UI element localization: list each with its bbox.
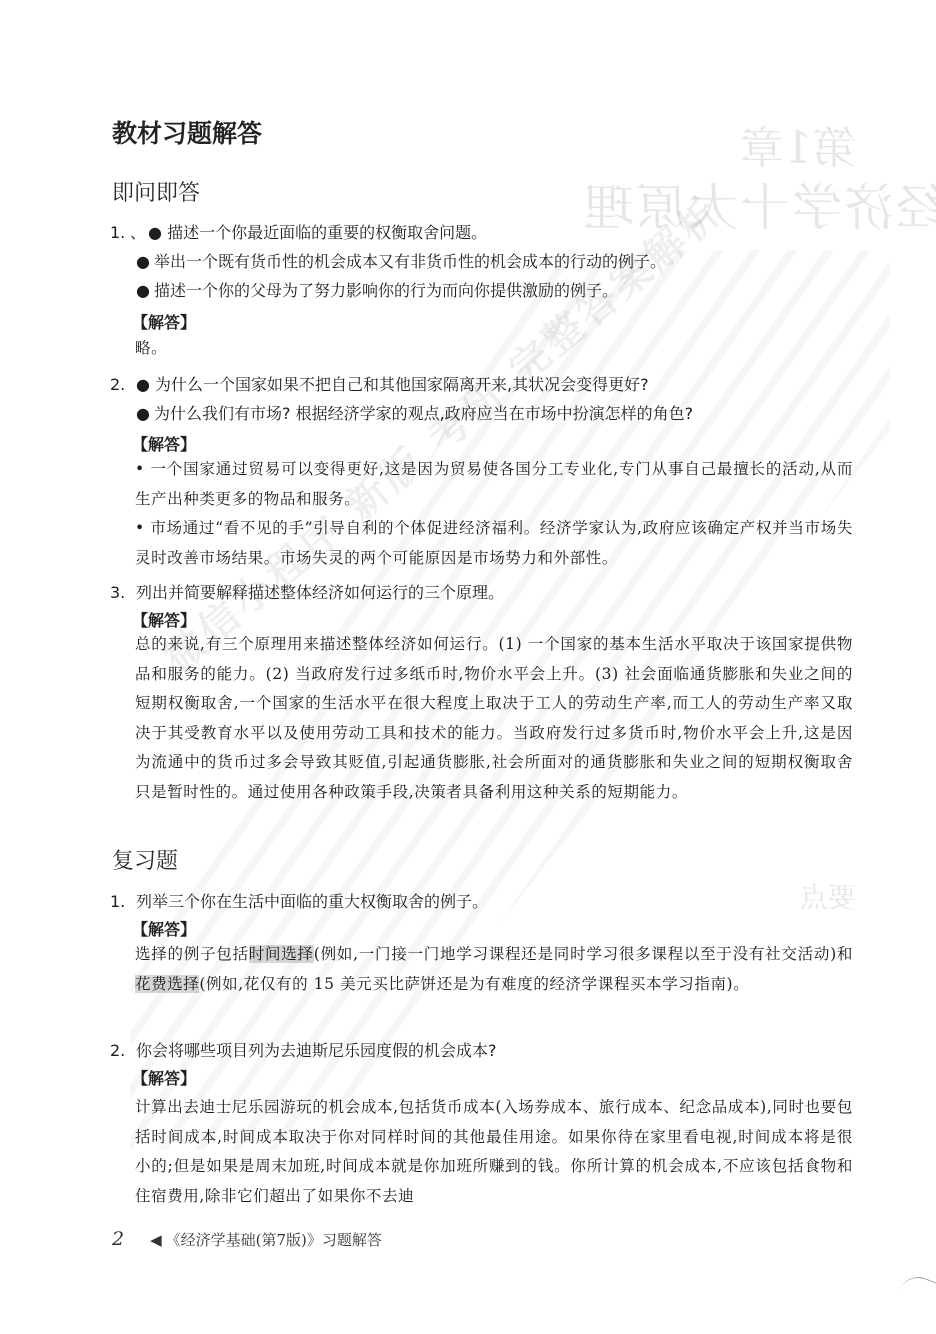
arrow-left-icon: ◀ xyxy=(150,1231,162,1249)
quick-quiz-question-2: 2.● 为什么一个国家如果不把自己和其他国家隔离开来,其状况会变得更好? xyxy=(110,372,649,398)
answer-label: 【解答】 xyxy=(132,917,196,940)
review-answer-1: 选择的例子包括时间选择(例如,一门接一门地学习课程还是同时学习很多课程以至于没有… xyxy=(135,940,853,999)
bullet-icon: ● xyxy=(136,249,154,275)
bleed-through-chapter: 第1章 xyxy=(740,112,856,176)
question-number: 2. xyxy=(110,1038,136,1064)
highlighted-term: 花费选择 xyxy=(135,975,199,993)
bleed-through-chapter-title: 经济学十大原理 xyxy=(582,168,936,240)
bullet-icon: ● xyxy=(136,278,154,304)
review-question-1: 1.列举三个你在生活中面临的重大权衡取舍的例子。 xyxy=(110,889,488,915)
review-heading: 复习题 xyxy=(112,844,178,875)
quick-quiz-question-1: 1.、● 描述一个你最近面临的重要的权衡取舍问题。 xyxy=(110,220,487,246)
page-footer: 2◀《经济学基础(第7版)》习题解答 xyxy=(112,1228,382,1250)
question-number: 2. xyxy=(110,372,136,398)
answer-label: 【解答】 xyxy=(132,310,196,333)
quick-quiz-q1-bullet-2: ●举出一个既有货币性的机会成本又有非货币性的机会成本的行动的例子。 xyxy=(136,249,666,275)
answer-label: 【解答】 xyxy=(132,608,196,631)
section-title: 教材习题解答 xyxy=(112,114,262,150)
answer-label: 【解答】 xyxy=(132,1066,196,1089)
review-question-2: 2.你会将哪些项目列为去迪斯尼乐园度假的机会成本? xyxy=(110,1038,497,1064)
bullet-icon: ● xyxy=(136,401,154,427)
question-number: 3. xyxy=(110,580,136,606)
quick-quiz-heading: 即问即答 xyxy=(112,176,200,207)
quick-quiz-answer-1: 略。 xyxy=(135,334,853,364)
page-number: 2 xyxy=(112,1228,124,1250)
quick-quiz-answer-3: 总的来说,有三个原理用来描述整体经济如何运行。(1) 一个国家的基本生活水平取决… xyxy=(135,630,853,807)
page-curl-mark xyxy=(892,1271,936,1323)
quick-quiz-q1-bullet-3: ●描述一个你的父母为了努力影响你的行为而向你提供激励的例子。 xyxy=(136,278,618,304)
quick-quiz-answer-2: • 一个国家通过贸易可以变得更好,这是因为贸易使各国分工专业化,专门从事自己最擅… xyxy=(135,455,853,573)
quick-quiz-question-3: 3.列出并简要解释描述整体经济如何运行的三个原理。 xyxy=(110,580,504,606)
document-page: 第1章 经济学十大原理 要点 微信小程序 新版 考研 完整答案解析 教材习题解答… xyxy=(0,0,936,1334)
question-number: 1. xyxy=(110,889,136,915)
bullet-icon: ● xyxy=(136,375,155,394)
quick-quiz-q2-bullet-2: ●为什么我们有市场? 根据经济学家的观点,政府应当在市场中扮演怎样的角色? xyxy=(136,401,693,427)
bullet-icon: ● xyxy=(148,223,167,242)
answer-label: 【解答】 xyxy=(132,432,196,455)
bleed-through-section: 要点 xyxy=(800,876,856,916)
stray-mark: 、 xyxy=(130,223,146,242)
highlighted-term: 时间选择 xyxy=(249,945,314,963)
book-title: 《经济学基础(第7版)》习题解答 xyxy=(166,1231,382,1249)
review-answer-2: 计算出去迪士尼乐园游玩的机会成本,包括货币成本(入场券成本、旅行成本、纪念品成本… xyxy=(135,1093,853,1211)
